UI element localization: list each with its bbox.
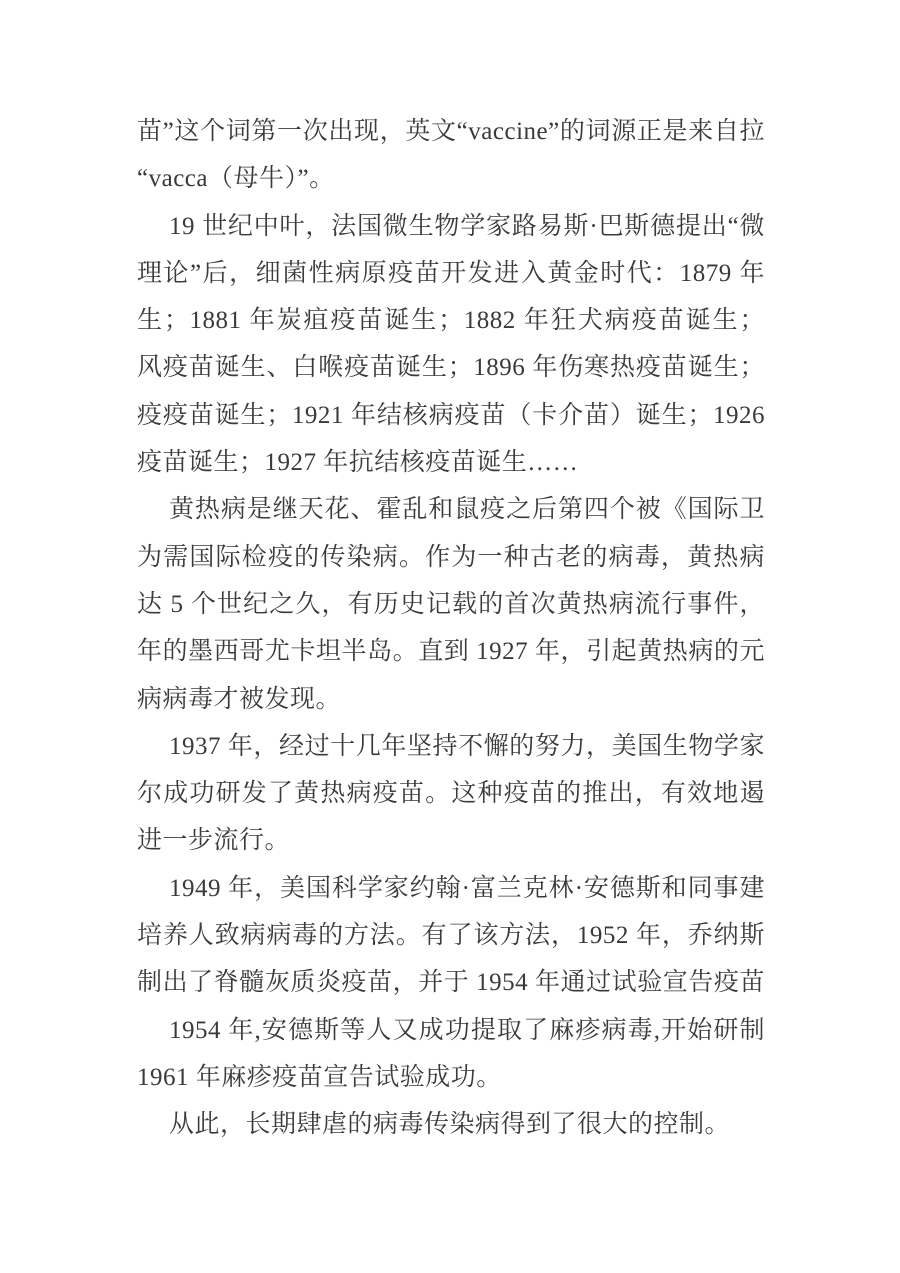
text-line: 风疫苗诞生、白喉疫苗诞生；1896 年伤寒热疫苗诞生；1897 年抗鼠 <box>137 344 765 391</box>
text-line: 苗”这个词第一次出现，英文“vaccine”的词源正是来自拉丁文的 <box>137 108 765 155</box>
text-line: 年的墨西哥尤卡坦半岛。直到 1927 年，引起黄热病的元凶——黄热 <box>137 628 765 675</box>
text-line: 生；1881 年炭疽疫苗诞生；1882 年狂犬病疫苗诞生；1890 年抗破伤 <box>137 297 765 344</box>
text-line: 1937 年，经过十几年坚持不懈的努力，美国生物学家马科斯·赛 <box>137 723 765 770</box>
text-line: 为需国际检疫的传染病。作为一种古老的病毒，黄热病的传播历史已 <box>137 534 765 581</box>
text-line: 从此，长期肆虐的病毒传染病得到了很大的控制。 <box>137 1101 765 1148</box>
text-line: “vacca（母牛）”。 <box>137 155 765 202</box>
text-line: 理论”后，细菌性病原疫苗开发进入黄金时代：1879 年霍乱疫苗诞 <box>137 250 765 297</box>
text-line: 19 世纪中叶，法国微生物学家路易斯·巴斯德提出“微生物致病 <box>137 203 765 250</box>
text-line: 培养人致病病毒的方法。有了该方法，1952 年，乔纳斯·索尔克研 <box>137 912 765 959</box>
text-line: 1949 年，美国科学家约翰·富兰克林·安德斯和同事建立了体外 <box>137 865 765 912</box>
text-line: 疫苗诞生；1927 年抗结核疫苗诞生…… <box>137 439 765 486</box>
text-line: 制出了脊髓灰质炎疫苗，并于 1954 年通过试验宣告疫苗研制成功。 <box>137 959 765 1006</box>
text-line: 进一步流行。 <box>137 817 765 864</box>
text-line: 黄热病是继天花、霍乱和鼠疫之后第四个被《国际卫生条例》定 <box>137 486 765 533</box>
text-line: 1954 年,安德斯等人又成功提取了麻疹病毒,开始研制麻疹疫苗， <box>137 1007 765 1054</box>
text-line: 1961 年麻疹疫苗宣告试验成功。 <box>137 1054 765 1101</box>
document-page: 苗”这个词第一次出现，英文“vaccine”的词源正是来自拉丁文的“vacca（… <box>0 0 900 1273</box>
text-line: 疫疫苗诞生；1921 年结核病疫苗（卡介苗）诞生；1926 年抗百日咳 <box>137 392 765 439</box>
text-line: 尔成功研发了黄热病疫苗。这种疫苗的推出，有效地遏制了黄热病的 <box>137 770 765 817</box>
document-text-block: 苗”这个词第一次出现，英文“vaccine”的词源正是来自拉丁文的“vacca（… <box>137 108 765 1149</box>
text-line: 病病毒才被发现。 <box>137 676 765 723</box>
text-line: 达 5 个世纪之久，有历史记载的首次黄热病流行事件，发生在 1648 <box>137 581 765 628</box>
